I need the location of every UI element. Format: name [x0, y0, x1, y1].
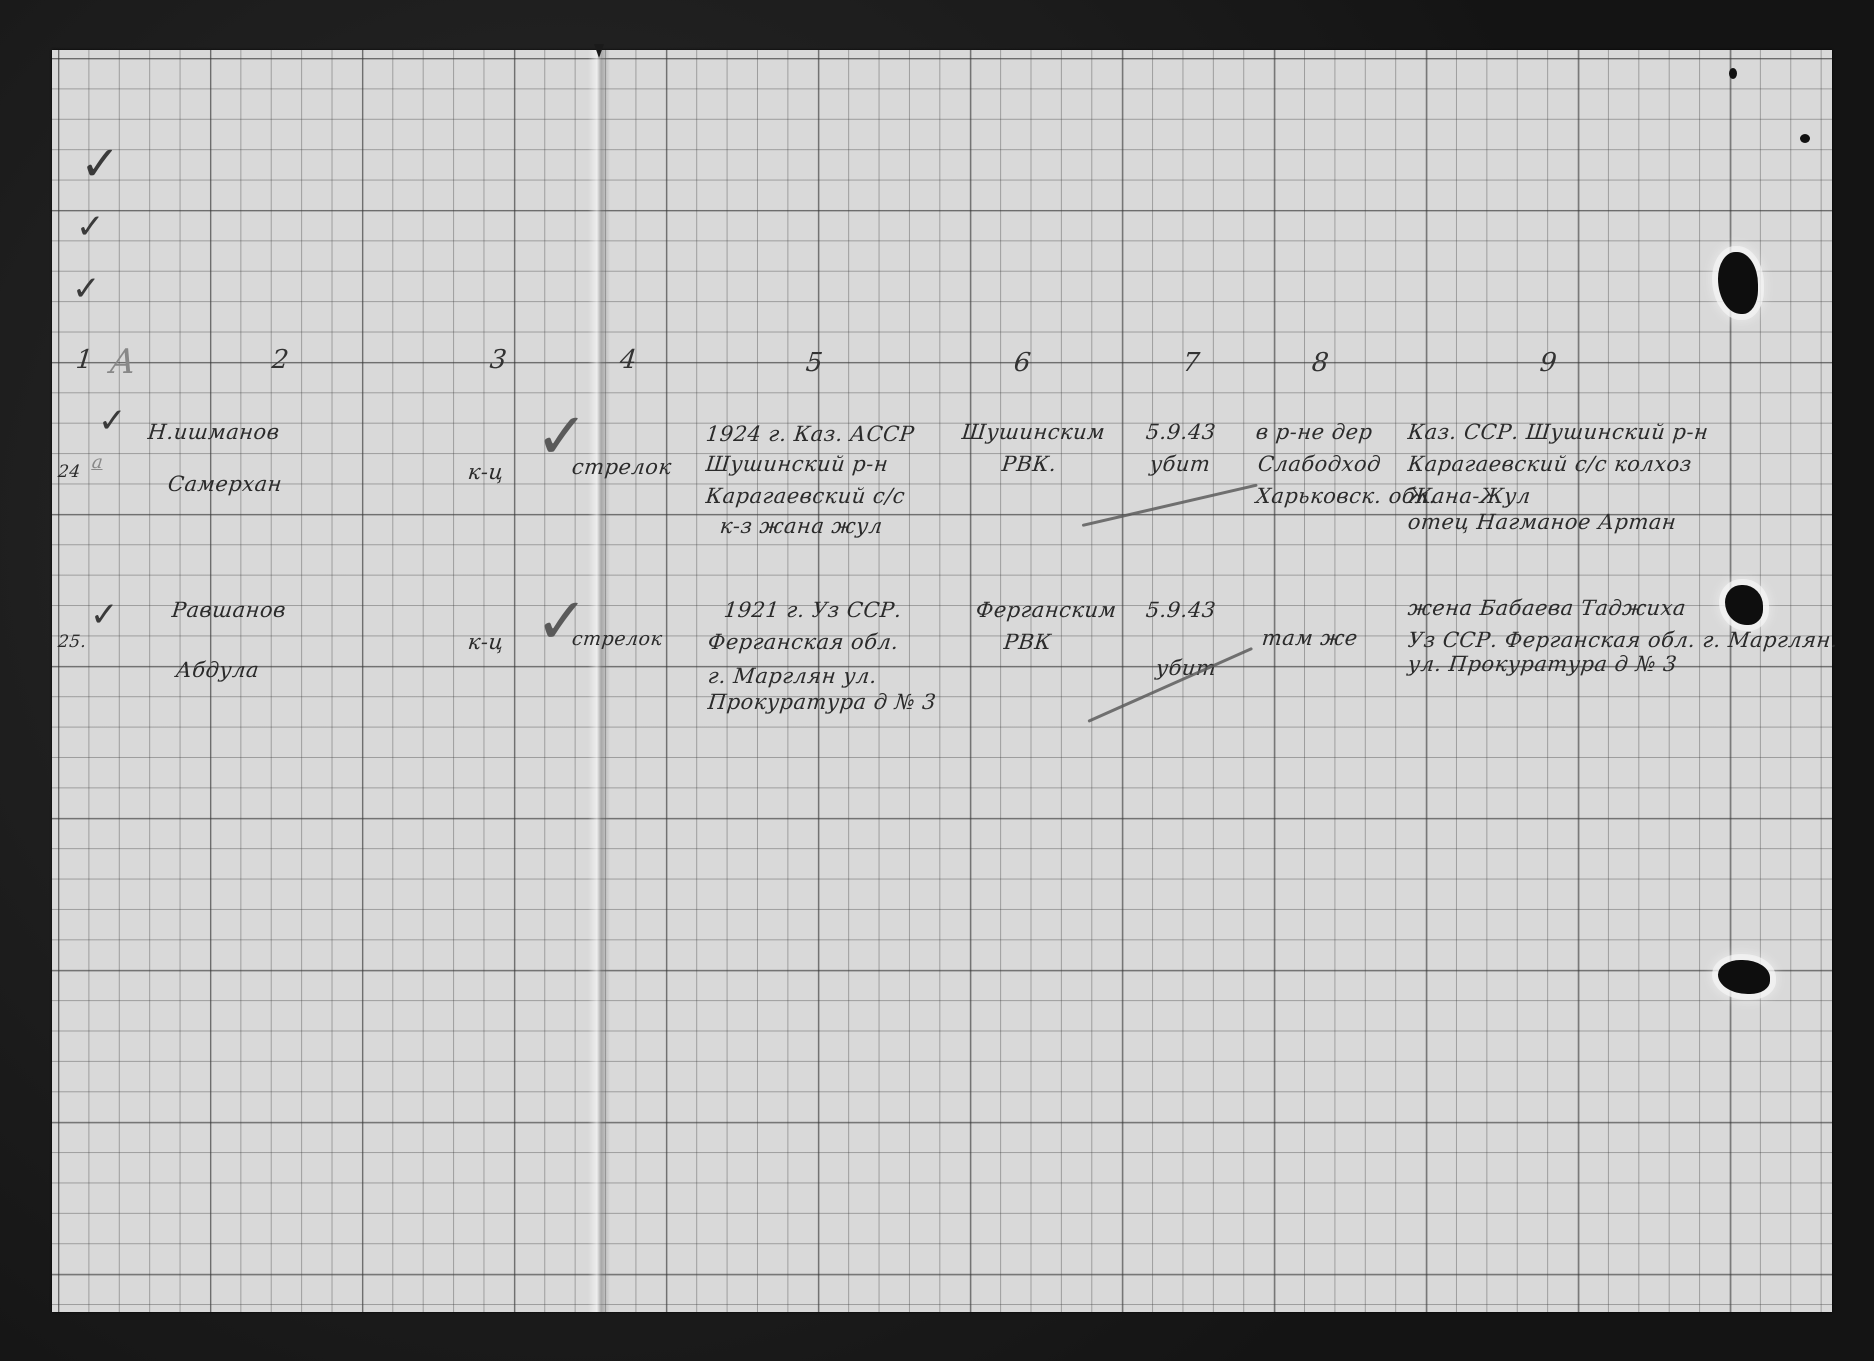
- burial-place-line: там же: [1261, 626, 1359, 650]
- row-number: 25.: [57, 632, 88, 652]
- birth-place-line: Шушинский р-н: [705, 452, 890, 476]
- grid-paper-sheet: [52, 50, 1832, 1312]
- relatives-line: Жана-Жул: [1407, 484, 1532, 508]
- birth-place-line: Карагаевский с/с: [705, 484, 907, 508]
- row-number: 24: [57, 462, 82, 482]
- surname: Равшанов: [171, 598, 288, 622]
- relatives-line: жена Бабаева Таджиха: [1407, 596, 1688, 620]
- birth-place-line: г. Марглян ул.: [707, 664, 879, 688]
- column-header: 1: [74, 345, 94, 375]
- burial-place-line: Слабодход: [1257, 452, 1383, 476]
- column-header: 9: [1538, 348, 1558, 378]
- relatives-line: Каз. ССР. Шушинский р-н: [1407, 420, 1710, 444]
- relatives-line: Карагаевский с/с колхоз: [1407, 452, 1693, 476]
- burial-place-line: в р-не дер: [1255, 420, 1374, 444]
- birth-place-line: к-з жана жул: [719, 514, 884, 538]
- row-number-suffix: а: [91, 452, 104, 473]
- birth-place-line: Ферганская обл.: [707, 630, 900, 654]
- drafted-by-line: Шушинским: [961, 420, 1107, 444]
- drafted-by-line: РВК: [1003, 630, 1053, 654]
- date: 5.9.43: [1145, 598, 1217, 622]
- given-name: Абдула: [175, 658, 261, 682]
- column-header: 4: [618, 345, 638, 375]
- margin-check-icon: ✓: [72, 272, 101, 306]
- given-name: Самерхан: [167, 472, 284, 496]
- column-header: 5: [804, 348, 824, 378]
- relatives-line: ул. Прокуратура д № 3: [1407, 652, 1679, 676]
- margin-check-icon: ✓: [80, 140, 120, 188]
- column-header: 2: [270, 345, 290, 375]
- column-header: 8: [1310, 348, 1330, 378]
- birth-place-line: Прокуратура д № 3: [707, 690, 938, 714]
- fate: убит: [1149, 452, 1212, 476]
- rank: к-ц: [467, 460, 505, 484]
- date: 5.9.43: [1145, 420, 1217, 444]
- column-header: А: [108, 342, 138, 382]
- column-header: 7: [1181, 348, 1201, 378]
- pin-hole: [1800, 134, 1810, 143]
- birth-place-line: 1921 г. Уз ССР.: [723, 598, 903, 622]
- column-header: 3: [488, 345, 508, 375]
- position: стрелок: [571, 628, 664, 650]
- position: стрелок: [571, 455, 673, 479]
- column-header: 6: [1012, 348, 1032, 378]
- drafted-by-line: Ферганским: [975, 598, 1118, 622]
- relatives-line: отец Нагманое Артан: [1407, 510, 1678, 534]
- relatives-line: Уз ССР. Ферганская обл. г. Марглян.: [1407, 628, 1840, 652]
- margin-check-icon: ✓: [76, 210, 105, 244]
- row-check-icon: ✓: [90, 598, 119, 632]
- drafted-by-line: РВК.: [1001, 452, 1058, 476]
- rank: к-ц: [467, 630, 505, 654]
- row-check-icon: ✓: [98, 404, 127, 438]
- birth-place-line: 1924 г. Каз. АССР: [705, 422, 916, 446]
- page-fold: [588, 50, 610, 1312]
- pin-hole: [1729, 68, 1737, 79]
- surname: Н.ишманов: [147, 420, 281, 444]
